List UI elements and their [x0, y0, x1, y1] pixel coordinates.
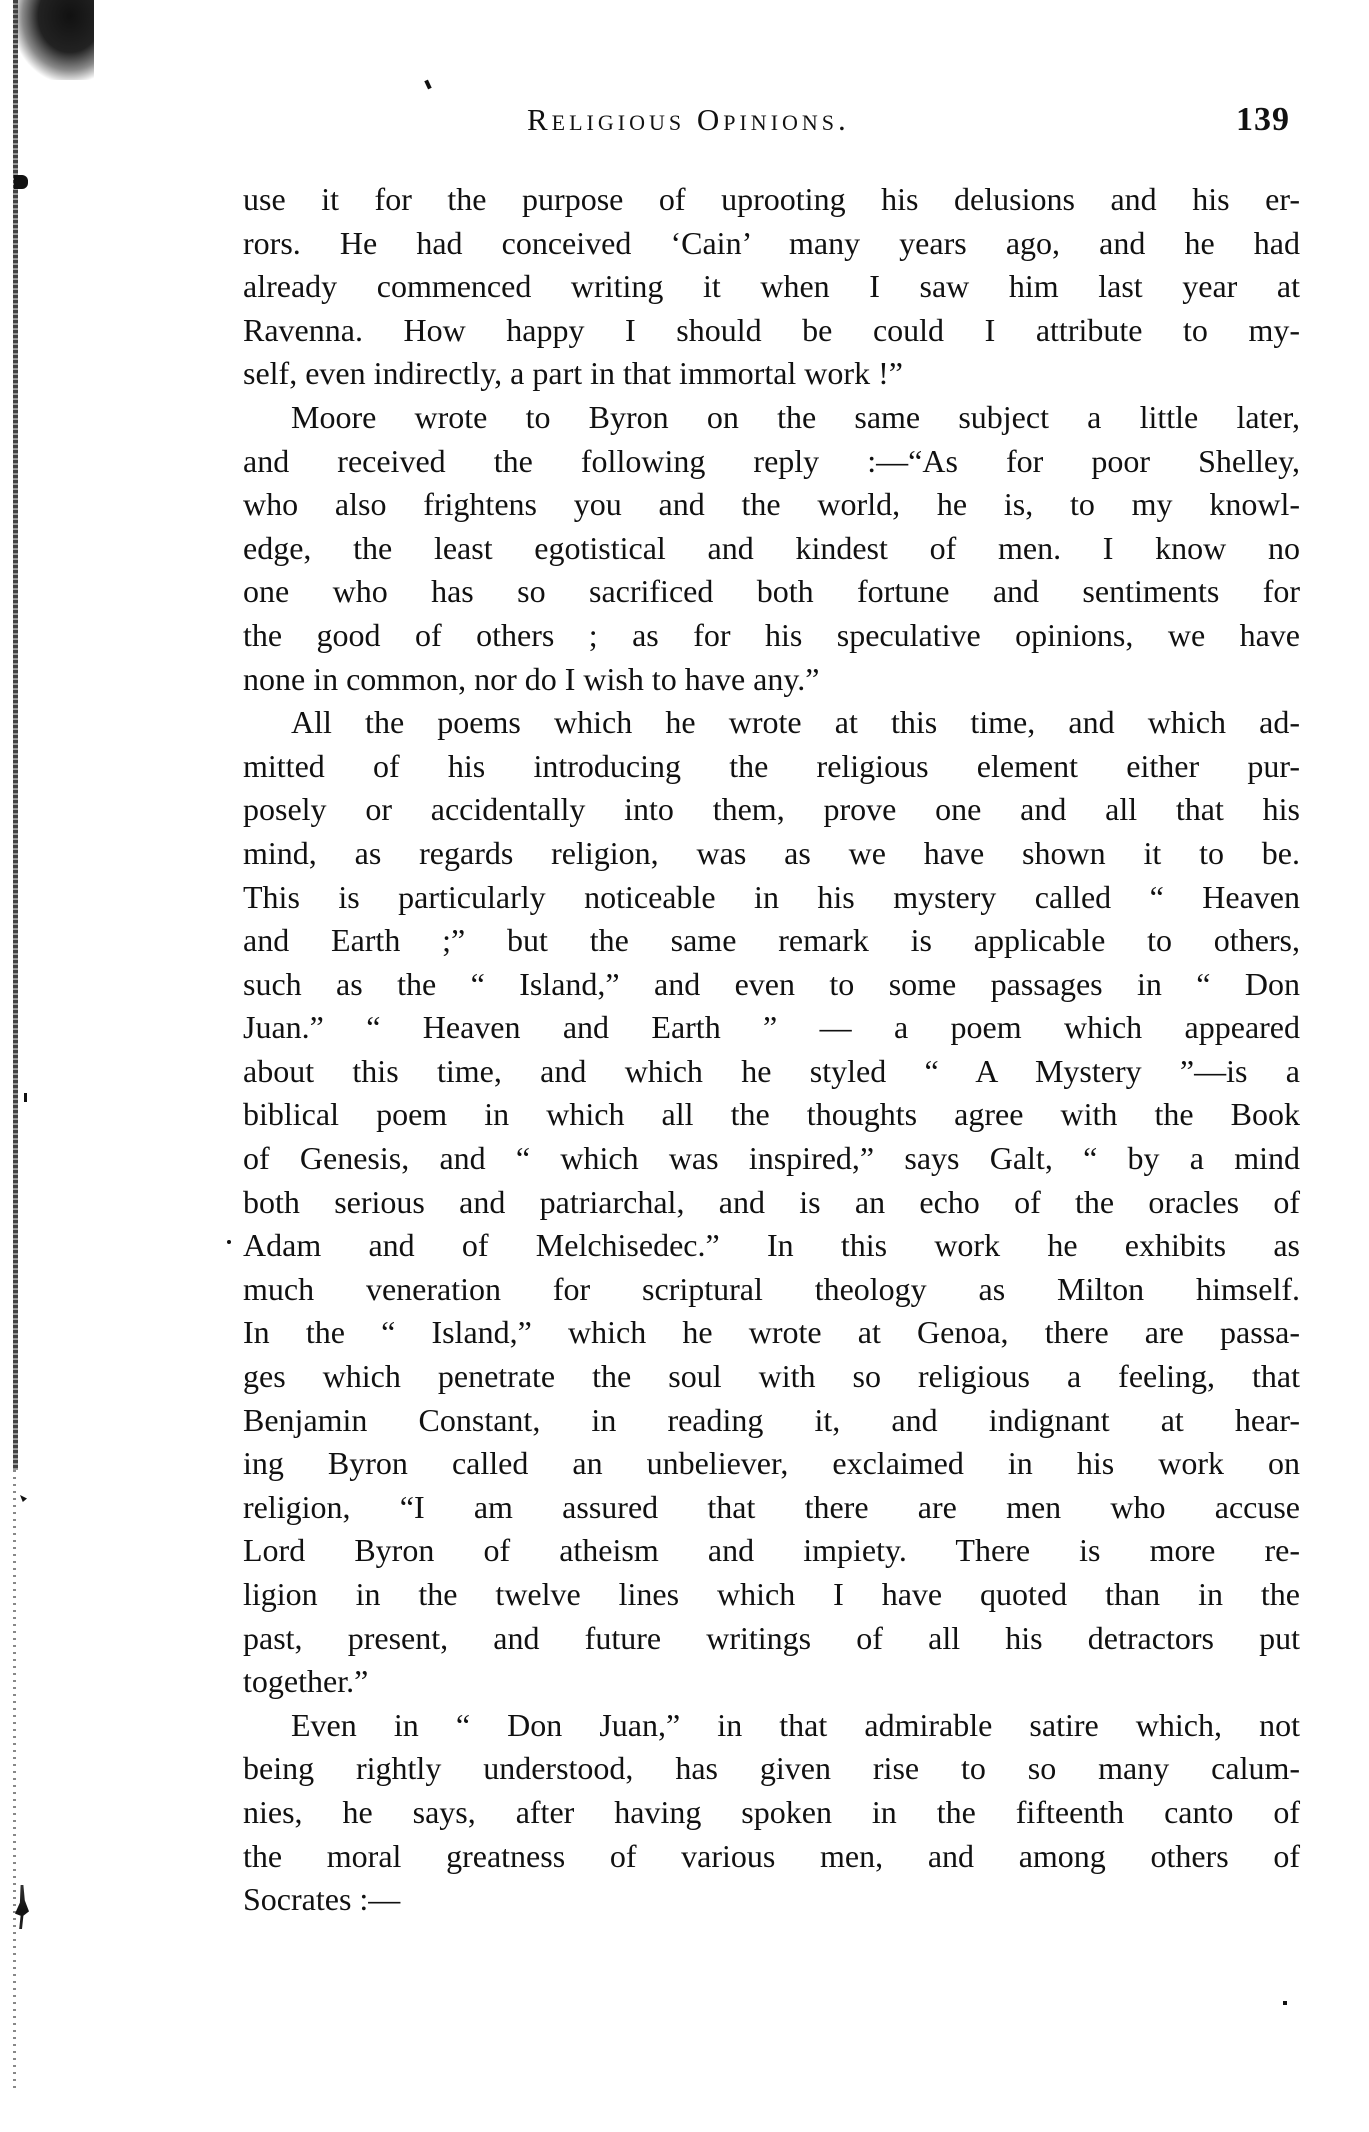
text-line: ges which penetrate the soul with so rel…	[243, 1355, 1300, 1399]
binding-shadow	[14, 0, 94, 80]
text-line: biblical poem in which all the thoughts …	[243, 1093, 1300, 1137]
text-line: who also frightens you and the world, he…	[243, 483, 1300, 527]
text-line: Lord Byron of atheism and impiety. There…	[243, 1529, 1300, 1573]
body-text: use it for the purpose of uprooting his …	[243, 178, 1300, 1922]
running-title: Religious Opinions.	[527, 100, 850, 140]
text-line: such as the “ Island,” and even to some …	[243, 963, 1300, 1007]
text-line: mind, as regards religion, was as we hav…	[243, 832, 1300, 876]
text-line: edge, the least egotistical and kindest …	[243, 527, 1300, 571]
paragraph-2: Moore wrote to Byron on the same subject…	[243, 396, 1300, 701]
text-line: Even in “ Don Juan,” in that admirable s…	[243, 1704, 1300, 1748]
text-line: and received the following reply :—“As f…	[243, 440, 1300, 484]
text-line: past, present, and future writings of al…	[243, 1617, 1300, 1661]
speck	[24, 1093, 27, 1102]
book-page: Religious Opinions. 139 use it for the p…	[0, 0, 1369, 2132]
text-line: religion, “I am assured that there are m…	[243, 1486, 1300, 1530]
text-line: the good of others ; as for his speculat…	[243, 614, 1300, 658]
paragraph-4: Even in “ Don Juan,” in that admirable s…	[243, 1704, 1300, 1922]
text-line: In the “ Island,” which he wrote at Geno…	[243, 1311, 1300, 1355]
text-line: about this time, and which he styled “ A…	[243, 1050, 1300, 1094]
page-number: 139	[1236, 100, 1290, 140]
text-line: none in common, nor do I wish to have an…	[243, 658, 1300, 702]
text-line: ing Byron called an unbeliever, exclaime…	[243, 1442, 1300, 1486]
text-line: rors. He had conceived ‘Cain’ many years…	[243, 222, 1300, 266]
binding-tab	[14, 175, 28, 189]
speck	[20, 1495, 27, 1502]
text-line: Ravenna. How happy I should be could I a…	[243, 309, 1300, 353]
text-line: Adam and of Melchisedec.” In this work h…	[243, 1224, 1300, 1268]
paragraph-1: use it for the purpose of uprooting his …	[243, 178, 1300, 396]
text-line: Benjamin Constant, in reading it, and in…	[243, 1399, 1300, 1443]
text-line: of Genesis, and “ which was inspired,” s…	[243, 1137, 1300, 1181]
text-line: already commenced writing it when I saw …	[243, 265, 1300, 309]
text-line: one who has so sacrificed both fortune a…	[243, 570, 1300, 614]
binding-edge-lower	[13, 1470, 16, 2090]
text-line: ligion in the twelve lines which I have …	[243, 1573, 1300, 1617]
text-line: much veneration for scriptural theology …	[243, 1268, 1300, 1312]
text-line: use it for the purpose of uprooting his …	[243, 178, 1300, 222]
speck	[227, 1240, 231, 1244]
speck	[424, 80, 431, 90]
margin-ornament	[15, 1885, 29, 1929]
text-line: posely or accidentally into them, prove …	[243, 788, 1300, 832]
text-line: and Earth ;” but the same remark is appl…	[243, 919, 1300, 963]
text-line: This is particularly noticeable in his m…	[243, 876, 1300, 920]
text-line: the moral greatness of various men, and …	[243, 1835, 1300, 1879]
text-line: Moore wrote to Byron on the same subject…	[243, 396, 1300, 440]
binding-edge	[13, 0, 18, 1470]
text-line: together.”	[243, 1660, 1300, 1704]
text-line: mitted of his introducing the religious …	[243, 745, 1300, 789]
text-line: both serious and patriarchal, and is an …	[243, 1181, 1300, 1225]
text-line: nies, he says, after having spoken in th…	[243, 1791, 1300, 1835]
text-line: Juan.” “ Heaven and Earth ” — a poem whi…	[243, 1006, 1300, 1050]
text-line: All the poems which he wrote at this tim…	[243, 701, 1300, 745]
paragraph-3: All the poems which he wrote at this tim…	[243, 701, 1300, 1704]
text-line: being rightly understood, has given rise…	[243, 1747, 1300, 1791]
speck	[1283, 2001, 1287, 2005]
text-line: Socrates :—	[243, 1878, 1300, 1922]
text-line: self, even indirectly, a part in that im…	[243, 352, 1300, 396]
